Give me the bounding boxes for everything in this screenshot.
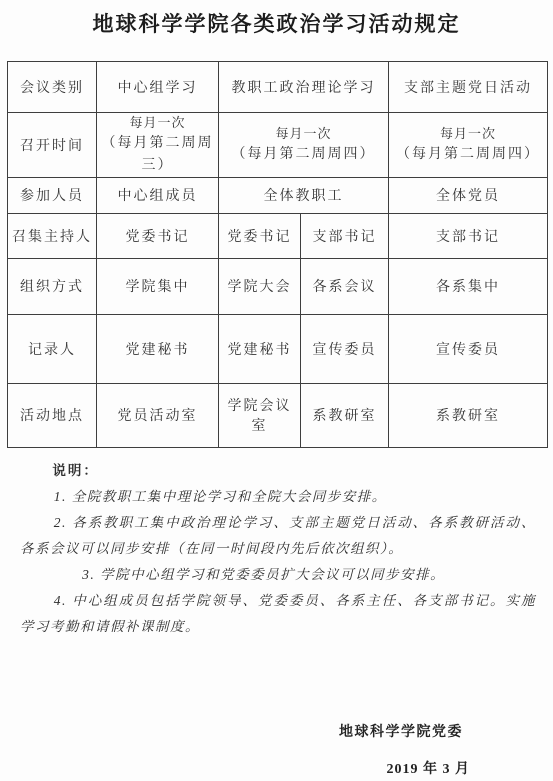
document-page: 地球科学学院各类政治学习活动规定 会议类别 中心组学习 教职工政治理论学习 支部… — [0, 0, 553, 781]
signature-org: 地球科学学院党委 — [0, 721, 463, 741]
row-label-participants: 参加人员 — [8, 177, 97, 213]
cell-recorder-1: 党建秘书 — [97, 314, 219, 383]
cell-recorder-3: 宣传委员 — [301, 314, 389, 383]
table-row-meeting-category: 会议类别 中心组学习 教职工政治理论学习 支部主题党日活动 — [8, 62, 548, 113]
row-label-organization: 组织方式 — [8, 258, 97, 314]
table-row-participants: 参加人员 中心组成员 全体教职工 全体党员 — [8, 177, 548, 213]
time-detail: （每月第二周周四） — [391, 144, 545, 166]
cell-time-branch-party-day: 每月一次 （每月第二周周四） — [389, 113, 548, 178]
row-label-location: 活动地点 — [8, 383, 97, 447]
cell-location-4: 系教研室 — [389, 383, 548, 447]
time-frequency: 每月一次 — [391, 124, 545, 144]
cell-organization-2: 学院大会 — [219, 258, 301, 314]
schedule-table: 会议类别 中心组学习 教职工政治理论学习 支部主题党日活动 召开时间 每月一次 … — [7, 61, 548, 448]
table-row-host: 召集主持人 党委书记 党委书记 支部书记 支部书记 — [8, 213, 548, 258]
cell-location-3: 系教研室 — [301, 383, 389, 447]
time-frequency: 每月一次 — [99, 113, 216, 133]
time-detail: （每月第二周周三） — [99, 133, 216, 176]
cell-host-1: 党委书记 — [97, 213, 219, 258]
row-label-host: 召集主持人 — [8, 213, 97, 258]
cell-host-4: 支部书记 — [389, 213, 548, 258]
cell-organization-1: 学院集中 — [97, 258, 219, 314]
table-row-organization: 组织方式 学院集中 学院大会 各系会议 各系集中 — [8, 258, 548, 314]
row-label-recorder: 记录人 — [8, 314, 97, 383]
cell-category-central-group: 中心组学习 — [97, 62, 219, 113]
cell-organization-4: 各系集中 — [389, 258, 548, 314]
cell-participants-central-group: 中心组成员 — [97, 177, 219, 213]
cell-organization-3: 各系会议 — [301, 258, 389, 314]
time-frequency: 每月一次 — [221, 124, 386, 144]
cell-category-branch-party-day: 支部主题党日活动 — [389, 62, 548, 113]
note-item-3: 3. 学院中心组学习和党委委员扩大会议可以同步安排。 — [20, 562, 536, 588]
note-item-4: 4. 中心组成员包括学院领导、党委委员、各系主任、各支部书记。实施学习考勤和请假… — [20, 588, 536, 640]
time-detail: （每月第二周周四） — [221, 144, 386, 166]
row-label-meeting-category: 会议类别 — [8, 62, 97, 113]
table-row-recorder: 记录人 党建秘书 党建秘书 宣传委员 宣传委员 — [8, 314, 548, 383]
notes-section: 说明： 1. 全院教职工集中理论学习和全院大会同步安排。 2. 各系教职工集中政… — [20, 458, 536, 640]
page-title: 地球科学学院各类政治学习活动规定 — [0, 8, 553, 38]
note-item-2: 2. 各系教职工集中政治理论学习、支部主题党日活动、各系教研活动、各系会议可以同… — [20, 510, 536, 562]
cell-location-2: 学院会议室 — [219, 383, 301, 447]
table-row-meeting-time: 召开时间 每月一次 （每月第二周周三） 每月一次 （每月第二周周四） 每月一次 … — [8, 113, 548, 178]
table-row-location: 活动地点 党员活动室 学院会议室 系教研室 系教研室 — [8, 383, 548, 447]
cell-location-1: 党员活动室 — [97, 383, 219, 447]
cell-participants-all-members: 全体党员 — [389, 177, 548, 213]
signature-date: 2019 年 3 月 — [0, 758, 470, 778]
note-item-1: 1. 全院教职工集中理论学习和全院大会同步安排。 — [20, 484, 536, 510]
cell-host-2: 党委书记 — [219, 213, 301, 258]
cell-recorder-2: 党建秘书 — [219, 314, 301, 383]
cell-host-3: 支部书记 — [301, 213, 389, 258]
cell-category-staff-theory: 教职工政治理论学习 — [219, 62, 389, 113]
row-label-meeting-time: 召开时间 — [8, 113, 97, 178]
cell-time-central-group: 每月一次 （每月第二周周三） — [97, 113, 219, 178]
notes-heading: 说明： — [20, 458, 536, 484]
cell-participants-all-staff: 全体教职工 — [219, 177, 389, 213]
cell-recorder-4: 宣传委员 — [389, 314, 548, 383]
cell-time-staff-theory: 每月一次 （每月第二周周四） — [219, 113, 389, 178]
